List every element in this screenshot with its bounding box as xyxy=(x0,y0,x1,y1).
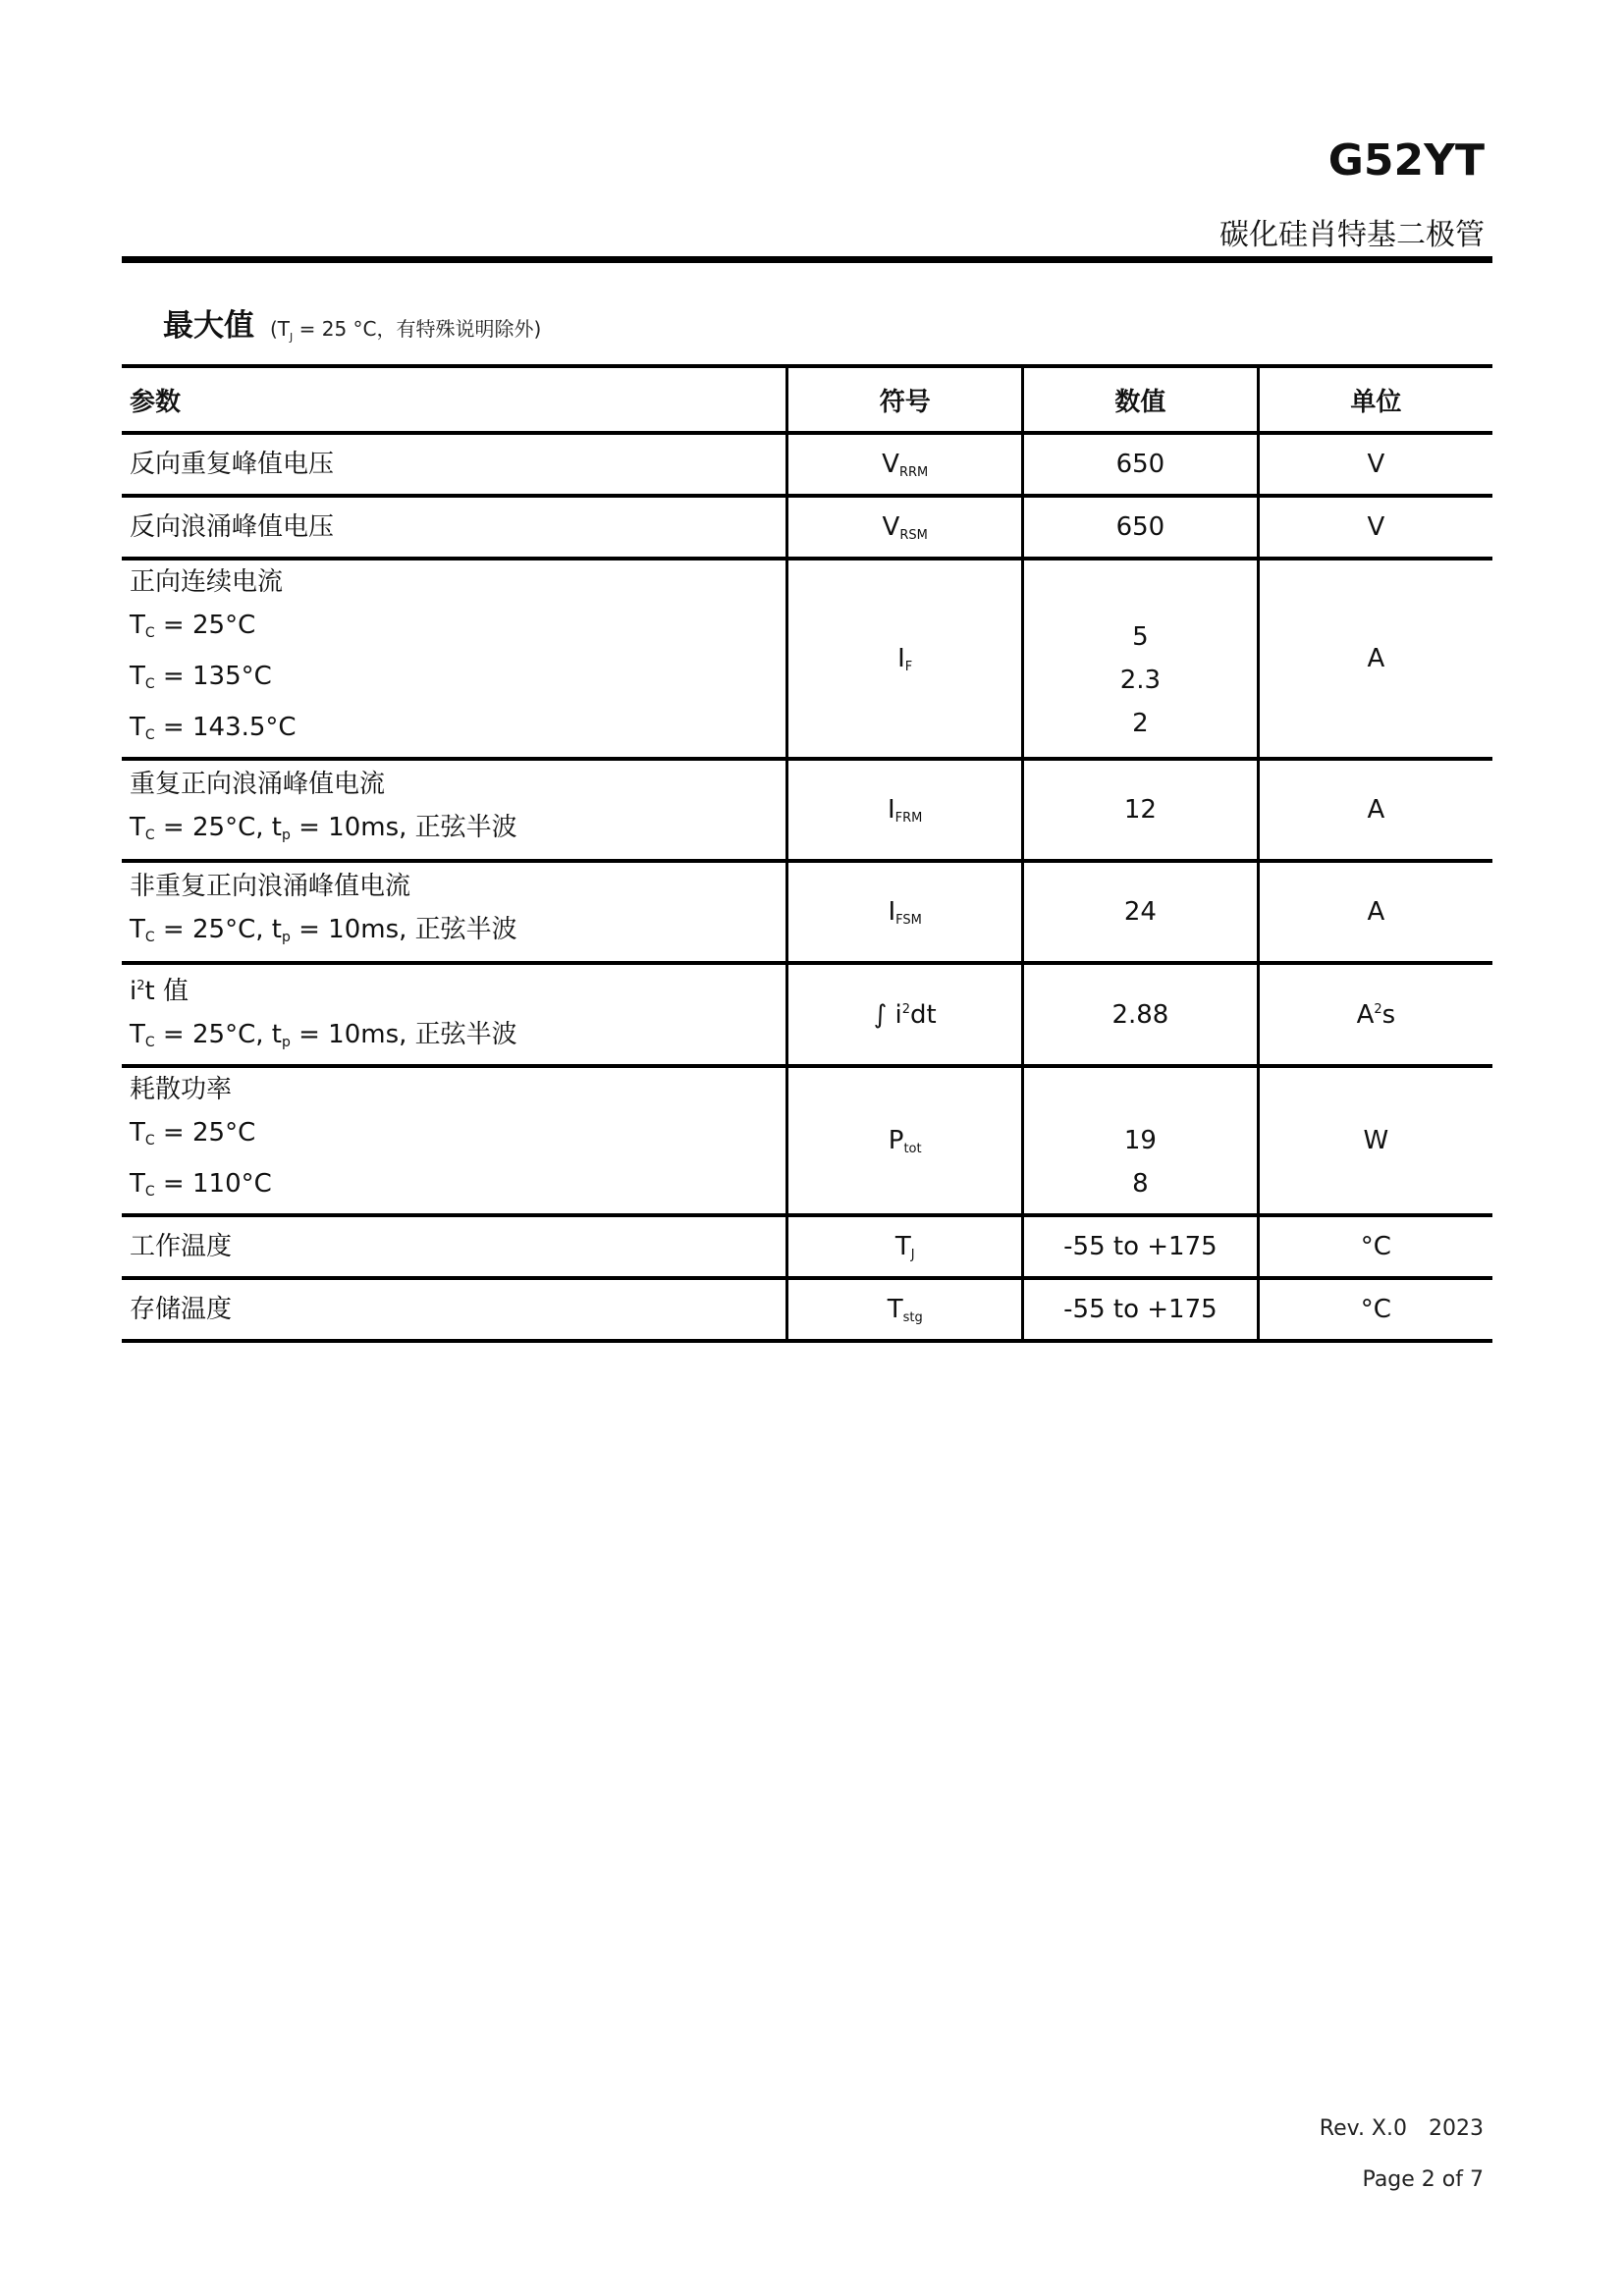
param-name: 存储温度 xyxy=(130,1288,785,1331)
unit-cell: W xyxy=(1258,1066,1492,1215)
cond-var: T xyxy=(130,611,145,640)
param-label: 重复正向浪涌峰值电流 xyxy=(130,770,385,799)
value-line: 5 xyxy=(1024,615,1257,659)
cond-var: T xyxy=(130,662,145,691)
param-label: 耗散功率 xyxy=(130,1075,232,1104)
section-note: (TJ = 25 °C，有特殊说明除外) xyxy=(270,313,541,344)
value-line: 2.88 xyxy=(1024,993,1257,1037)
value-line: 8 xyxy=(1024,1162,1257,1205)
unit-label: A xyxy=(1367,644,1384,673)
symbol-main: P xyxy=(889,1126,904,1155)
cond-text2: = 10ms, 正弦半波 xyxy=(291,813,517,842)
cond-sub: C xyxy=(145,1133,155,1148)
symbol-subscript: RRM xyxy=(899,465,928,480)
cond-text: = 25°C xyxy=(155,611,256,640)
symbol-main: I xyxy=(888,795,895,825)
table-row: 耗散功率TC = 25°CTC = 110°CPtot 198W xyxy=(122,1066,1492,1215)
param-name: i2t 值 xyxy=(130,965,785,1013)
section-title: 最大值 xyxy=(163,300,254,345)
table-row: 工作温度TJ-55 to +175°C xyxy=(122,1215,1492,1278)
table-row: 正向连续电流TC = 25°CTC = 135°CTC = 143.5°CIF … xyxy=(122,559,1492,759)
value-line: -55 to +175 xyxy=(1024,1288,1257,1331)
table-row: 反向浪涌峰值电压VRSM650V xyxy=(122,496,1492,559)
unit-cell: V xyxy=(1258,433,1492,496)
header-unit: 单位 xyxy=(1258,366,1492,433)
unit-cell: °C xyxy=(1258,1278,1492,1341)
symbol-main: V xyxy=(883,512,900,542)
symbol-subscript: J xyxy=(911,1248,915,1262)
section-heading: 最大值 (TJ = 25 °C，有特殊说明除外) xyxy=(163,300,541,345)
value-line: 12 xyxy=(1024,788,1257,831)
param-cell: 非重复正向浪涌峰值电流TC = 25°C, tp = 10ms, 正弦半波 xyxy=(122,861,787,963)
param-cell: i2t 值TC = 25°C, tp = 10ms, 正弦半波 xyxy=(122,963,787,1066)
header-value: 数值 xyxy=(1023,366,1259,433)
cond-sub2: p xyxy=(282,930,291,945)
cond-text: = 143.5°C xyxy=(155,713,297,742)
value-cell: 198 xyxy=(1023,1066,1259,1215)
table-body: 反向重复峰值电压VRRM650V反向浪涌峰值电压VRSM650V正向连续电流TC… xyxy=(122,433,1492,1341)
header-divider xyxy=(122,256,1492,263)
cond-var: T xyxy=(130,813,145,842)
symbol-main: V xyxy=(882,450,899,479)
param-label: 存储温度 xyxy=(130,1295,232,1324)
unit-label: A xyxy=(1367,897,1384,927)
table-row: 非重复正向浪涌峰值电流TC = 25°C, tp = 10ms, 正弦半波IFS… xyxy=(122,861,1492,963)
symbol-cell: IFRM xyxy=(787,759,1023,861)
table-row: i2t 值TC = 25°C, tp = 10ms, 正弦半波∫ i2dt2.8… xyxy=(122,963,1492,1066)
unit-label: °C xyxy=(1361,1295,1391,1324)
cond-text: = 25°C, t xyxy=(155,915,282,944)
symbol-subscript: FRM xyxy=(895,811,923,826)
cond-sub: C xyxy=(145,625,155,641)
param-cell: 反向浪涌峰值电压 xyxy=(122,496,787,559)
table-header-row: 参数 符号 数值 单位 xyxy=(122,366,1492,433)
footer-page-number: Page 2 of 7 xyxy=(1363,2167,1484,2192)
value-cell: 24 xyxy=(1023,861,1259,963)
value-line: 24 xyxy=(1024,890,1257,934)
param-label: 反向浪涌峰值电压 xyxy=(130,512,334,542)
symbol-post: dt xyxy=(910,1000,937,1030)
value-cell: 650 xyxy=(1023,433,1259,496)
param-label: 工作温度 xyxy=(130,1232,232,1261)
revision-year: 2023 xyxy=(1429,2116,1484,2141)
cond-var: T xyxy=(130,1020,145,1049)
value-cell: 52.32 xyxy=(1023,559,1259,759)
cond-text: = 110°C xyxy=(155,1169,272,1199)
condition-line: TC = 25°C xyxy=(130,1111,785,1162)
value-cell: 12 xyxy=(1023,759,1259,861)
value-line: 650 xyxy=(1024,443,1257,486)
param-cell: 耗散功率TC = 25°CTC = 110°C xyxy=(122,1066,787,1215)
symbol-cell: Ptot xyxy=(787,1066,1023,1215)
unit-cell: A xyxy=(1258,559,1492,759)
symbol-subscript: stg xyxy=(903,1310,923,1325)
header-symbol: 符号 xyxy=(787,366,1023,433)
symbol-main: I xyxy=(897,644,905,673)
unit-label: V xyxy=(1367,512,1384,542)
cond-sub: C xyxy=(145,676,155,692)
symbol-cell: VRRM xyxy=(787,433,1023,496)
unit-label: °C xyxy=(1361,1232,1391,1261)
symbol-cell: IFSM xyxy=(787,861,1023,963)
unit-cell: °C xyxy=(1258,1215,1492,1278)
cond-text: = 25°C xyxy=(155,1118,256,1148)
cond-var: T xyxy=(130,1118,145,1148)
cond-text: = 25°C, t xyxy=(155,1020,282,1049)
unit-label: V xyxy=(1367,450,1384,479)
unit-cell: V xyxy=(1258,496,1492,559)
symbol-cell: TJ xyxy=(787,1215,1023,1278)
unit-pre: A xyxy=(1357,1000,1375,1030)
footer-revision: Rev. X.02023 xyxy=(1320,2116,1484,2141)
cond-var: T xyxy=(130,713,145,742)
param-name: 耗散功率 xyxy=(130,1068,785,1111)
param-cell: 反向重复峰值电压 xyxy=(122,433,787,496)
symbol-main: T xyxy=(888,1295,903,1324)
param-name: 工作温度 xyxy=(130,1225,785,1268)
symbol-subscript: tot xyxy=(903,1142,921,1156)
param-cell: 正向连续电流TC = 25°CTC = 135°CTC = 143.5°C xyxy=(122,559,787,759)
symbol-cell: IF xyxy=(787,559,1023,759)
product-type-subtitle: 碳化硅肖特基二极管 xyxy=(1219,210,1485,253)
param-superscript: 2 xyxy=(136,979,144,993)
value-cell: -55 to +175 xyxy=(1023,1215,1259,1278)
unit-cell: A xyxy=(1258,759,1492,861)
value-cell: 2.88 xyxy=(1023,963,1259,1066)
param-name: 正向连续电流 xyxy=(130,561,785,604)
cond-sub: C xyxy=(145,727,155,743)
value-line: 2 xyxy=(1024,702,1257,745)
symbol-cell: VRSM xyxy=(787,496,1023,559)
unit-superscript: 2 xyxy=(1374,1002,1381,1017)
cond-sub: C xyxy=(145,828,155,843)
cond-sub2: p xyxy=(282,1035,291,1050)
cond-sub: C xyxy=(145,1035,155,1050)
param-cell: 重复正向浪涌峰值电流TC = 25°C, tp = 10ms, 正弦半波 xyxy=(122,759,787,861)
symbol-subscript: FSM xyxy=(895,913,922,928)
symbol-pre: ∫ i xyxy=(874,1000,902,1030)
cond-sub: C xyxy=(145,1184,155,1200)
value-line: 650 xyxy=(1024,506,1257,549)
table-row: 反向重复峰值电压VRRM650V xyxy=(122,433,1492,496)
param-label: 正向连续电流 xyxy=(130,567,283,597)
param-cell: 存储温度 xyxy=(122,1278,787,1341)
symbol-cell: Tstg xyxy=(787,1278,1023,1341)
condition-line: TC = 25°C xyxy=(130,604,785,655)
value-cell: 650 xyxy=(1023,496,1259,559)
cond-text2: = 10ms, 正弦半波 xyxy=(291,1020,517,1049)
value-line: -55 to +175 xyxy=(1024,1225,1257,1268)
cond-sub: C xyxy=(145,930,155,945)
condition-line: TC = 135°C xyxy=(130,655,785,706)
unit-label: A xyxy=(1367,795,1384,825)
value-line: 19 xyxy=(1024,1119,1257,1162)
symbol-subscript: F xyxy=(905,660,912,674)
condition-line: TC = 110°C xyxy=(130,1162,785,1213)
note-suffix: = 25 °C，有特殊说明除外) xyxy=(293,317,541,341)
table-row: 存储温度Tstg-55 to +175°C xyxy=(122,1278,1492,1341)
param-name: 非重复正向浪涌峰值电流 xyxy=(130,865,785,908)
unit-cell: A2s xyxy=(1258,963,1492,1066)
note-prefix: (T xyxy=(270,317,290,341)
param-label: 反向重复峰值电压 xyxy=(130,450,334,479)
param-label-post: t 值 xyxy=(145,977,189,1006)
cond-text: = 135°C xyxy=(155,662,272,691)
param-cell: 工作温度 xyxy=(122,1215,787,1278)
unit-cell: A xyxy=(1258,861,1492,963)
cond-var: T xyxy=(130,1169,145,1199)
unit-post: s xyxy=(1382,1000,1396,1030)
symbol-main: T xyxy=(895,1232,911,1261)
cond-text: = 25°C, t xyxy=(155,813,282,842)
param-name: 反向浪涌峰值电压 xyxy=(130,506,785,549)
part-number-title: G52YT xyxy=(1328,135,1485,186)
unit-label: W xyxy=(1364,1126,1389,1155)
condition-line: TC = 25°C, tp = 10ms, 正弦半波 xyxy=(130,908,785,959)
condition-line: TC = 25°C, tp = 10ms, 正弦半波 xyxy=(130,806,785,857)
maximum-ratings-table: 参数 符号 数值 单位 反向重复峰值电压VRRM650V反向浪涌峰值电压VRSM… xyxy=(122,364,1492,1343)
symbol-superscript: 2 xyxy=(902,1002,910,1017)
value-cell: -55 to +175 xyxy=(1023,1278,1259,1341)
cond-sub2: p xyxy=(282,828,291,843)
symbol-subscript: RSM xyxy=(899,528,928,543)
table-row: 重复正向浪涌峰值电流TC = 25°C, tp = 10ms, 正弦半波IFRM… xyxy=(122,759,1492,861)
condition-line: TC = 143.5°C xyxy=(130,706,785,757)
param-label: 非重复正向浪涌峰值电流 xyxy=(130,872,410,901)
param-name: 反向重复峰值电压 xyxy=(130,443,785,486)
symbol-cell: ∫ i2dt xyxy=(787,963,1023,1066)
cond-text2: = 10ms, 正弦半波 xyxy=(291,915,517,944)
revision-label: Rev. X.0 xyxy=(1320,2116,1407,2141)
condition-line: TC = 25°C, tp = 10ms, 正弦半波 xyxy=(130,1013,785,1064)
header-param: 参数 xyxy=(122,366,787,433)
value-line: 2.3 xyxy=(1024,659,1257,702)
cond-var: T xyxy=(130,915,145,944)
param-name: 重复正向浪涌峰值电流 xyxy=(130,763,785,806)
